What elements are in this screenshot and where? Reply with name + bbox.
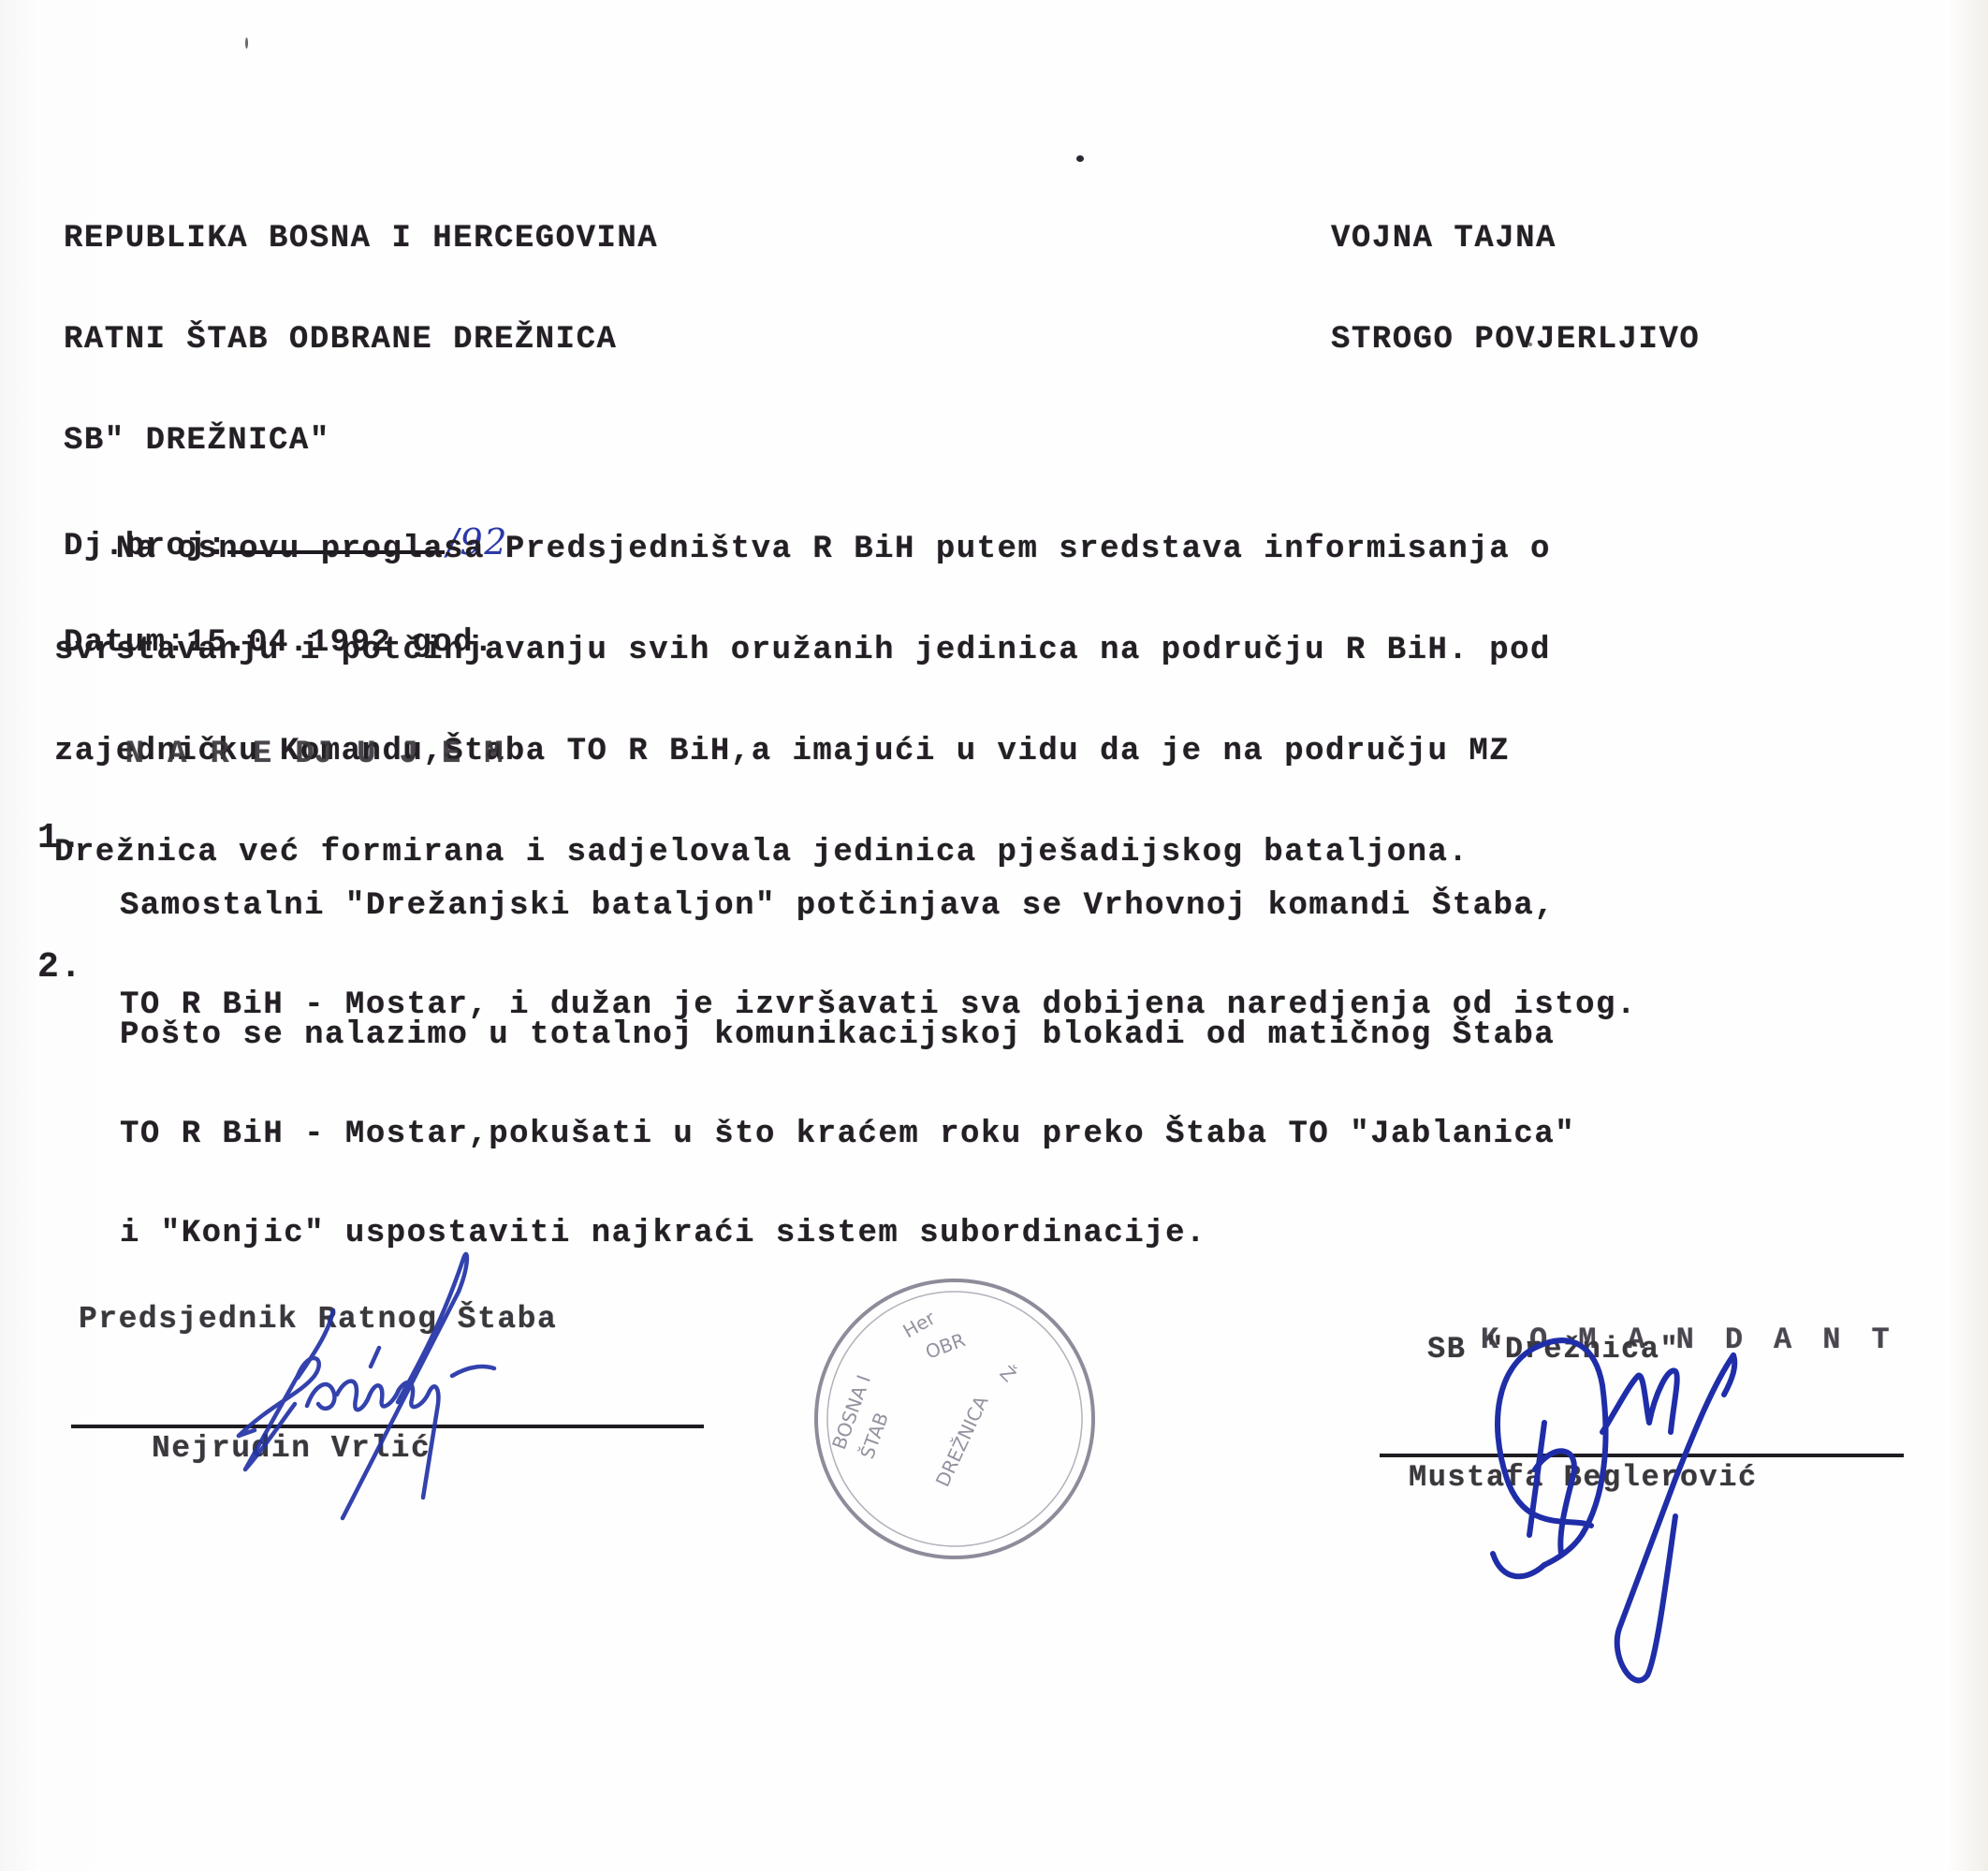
document-page: REPUBLIKA BOSNA I HERCEGOVINA RATNI ŠTAB… [0,0,1988,1871]
right-handwritten-signature [0,0,1988,1871]
